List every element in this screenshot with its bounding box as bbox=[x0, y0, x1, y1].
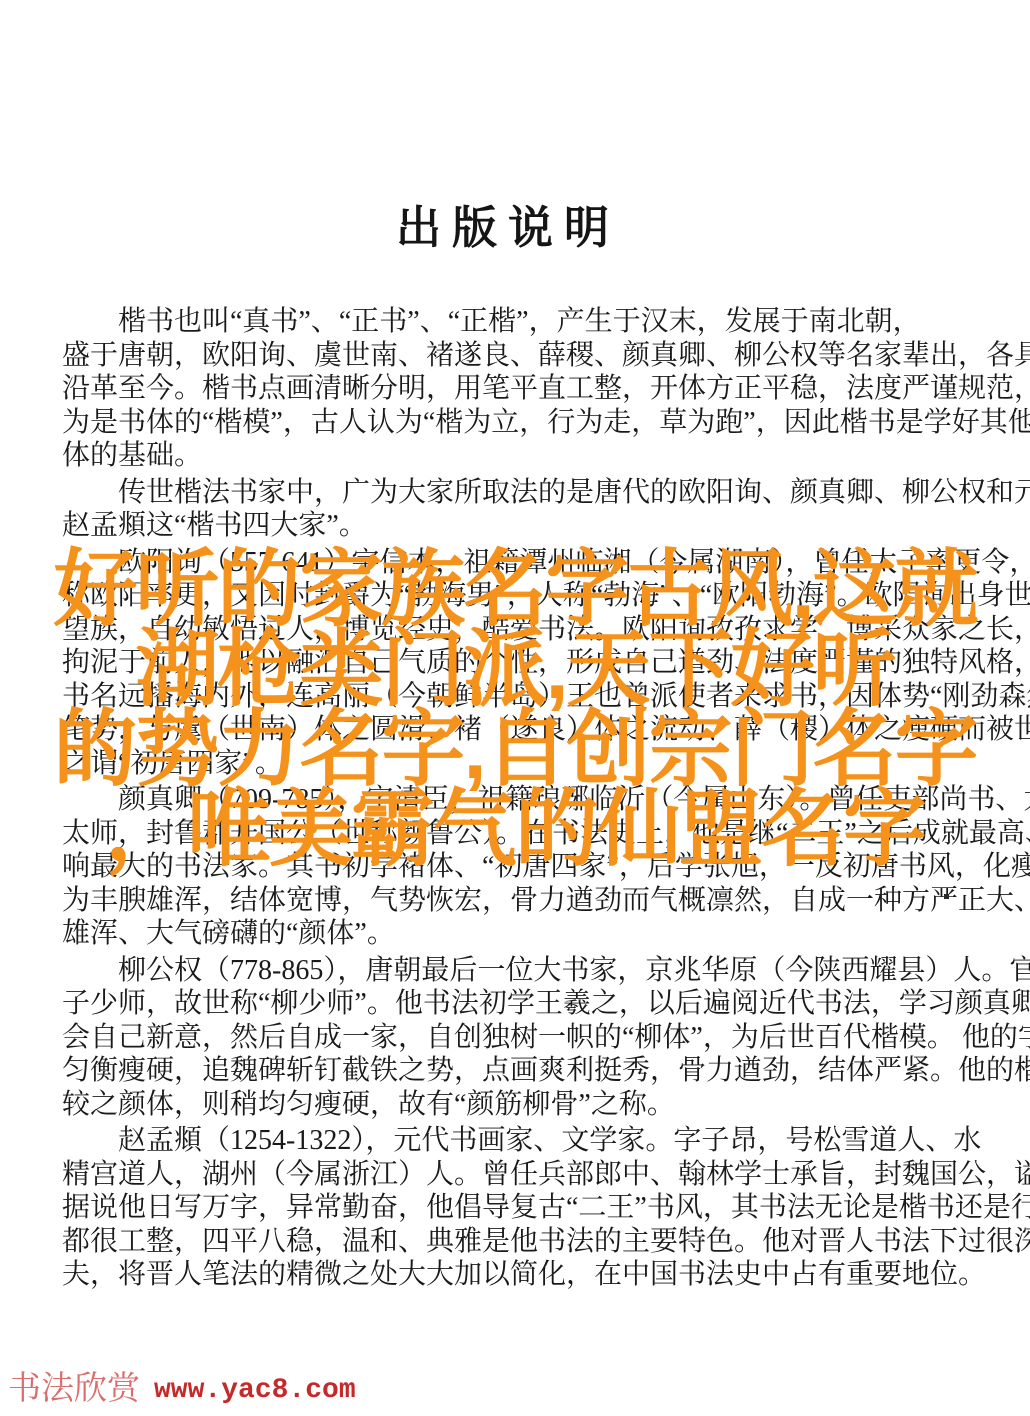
text-line: 赵孟頫（1254-1322），元代书画家、文学家。字子昂，号松雪道人、水 bbox=[62, 1124, 970, 1158]
text-line: 书名远播海内外，连高丽（今朝鲜半岛）王也曾派使者来求书，因体势“刚劲森然”之 bbox=[62, 680, 970, 714]
text-line: 较之颜体，则稍均匀瘦硬，故有“颜筋柳骨”之称。 bbox=[62, 1088, 970, 1122]
text-line: 会自己新意，然后自成一家，自创独树一帜的“柳体”，为后世百代楷模。 他的字取 bbox=[62, 1021, 970, 1055]
paragraph: 赵孟頫（1254-1322），元代书画家、文学家。字子昂，号松雪道人、水精宫道人… bbox=[62, 1124, 970, 1292]
text-line: 拘泥于前人，他以融汇自己气质的个性，形成自己遒劲、法度严谨的独特风格，当时 bbox=[62, 646, 970, 680]
text-line: 笔势，与虞（世南）体之圆滑、褚（遂良）体之流动、薛（稷）体之瘦硬而被世人称 bbox=[62, 713, 970, 747]
paragraph: 传世楷法书家中，广为大家所取法的是唐代的欧阳询、颜真卿、柳公权和元代的赵孟頫这“… bbox=[62, 476, 970, 543]
paragraph: 欧阳询（557-641）字信本，祖籍潭州临湘（今属湖南），曾任太子率更令，故世称… bbox=[62, 546, 970, 781]
text-line: 盛于唐朝，欧阳询、虞世南、褚遂良、薛稷、颜真卿、柳公权等名家辈出，各具风貌， bbox=[62, 339, 970, 373]
text-line: 沿革至今。楷书点画清晰分明，用笔平直工整，开体方正平稳，法度严谨规范，被认 bbox=[62, 372, 970, 406]
page-title: 出版说明 bbox=[0, 191, 1030, 256]
text-line: 雄浑、大气磅礴的“颜体”。 bbox=[62, 917, 970, 951]
text-line: 称欧阳率更，又因时封爵为“勃海男”，人称“勃海”、“欧阳勃海”。欧阳询出身世家 bbox=[62, 579, 970, 613]
text-line: 传世楷法书家中，广为大家所取法的是唐代的欧阳询、颜真卿、柳公权和元代的 bbox=[62, 476, 970, 510]
text-line: 欧阳询（557-641）字信本，祖籍潭州临湘（今属湖南），曾任太子率更令，故世 bbox=[62, 546, 970, 580]
site-watermark: 书法欣赏www.yac8.com bbox=[8, 1362, 356, 1409]
text-line: 柳公权（778-865），唐朝最后一位大书家，京兆华原（今陕西耀县）人。官至太 bbox=[62, 954, 970, 988]
text-line: 体的基础。 bbox=[62, 439, 970, 473]
text-line: 匀衡瘦硬，追魏碑斩钉截铁之势，点画爽利挺秀，骨力遒劲，结体严紧。他的楷书， bbox=[62, 1054, 970, 1088]
text-line: 为丰腴雄浑，结体宽博，气势恢宏，骨力遒劲而气概凛然，自成一种方严正大、朴拙 bbox=[62, 884, 970, 918]
text-line: 都很工整，四平八稳，温和、典雅是他书法的主要特色。他对晋人书法下过很深的工 bbox=[62, 1225, 970, 1259]
text-line: 赵孟頫这“楷书四大家”。 bbox=[62, 509, 970, 543]
site-watermark-url: www.yac8.com bbox=[154, 1375, 356, 1406]
text-line: 望族，自幼敏悟过人，博览经史，酷爱书法。欧阳询孜孜求学，博采众家之长，且不 bbox=[62, 613, 970, 647]
paragraph: 楷书也叫“真书”、“正书”、“正楷”，产生于汉末，发展于南北朝，盛于唐朝，欧阳询… bbox=[62, 305, 970, 473]
text-line: 太师，封鲁郡开国公（世称颜鲁公）。在书法史上，他是继“二王”之后成就最高、影 bbox=[62, 817, 970, 851]
text-line: 楷书也叫“真书”、“正书”、“正楷”，产生于汉末，发展于南北朝， bbox=[62, 305, 970, 339]
text-line: 之谓“初唐四家”。 bbox=[62, 747, 970, 781]
text-line: 颜真卿（709-785），字清臣，祖籍琅琊临沂（今属山东）。曾任吏部尚书、太子 bbox=[62, 783, 970, 817]
site-watermark-name: 书法欣赏 bbox=[8, 1371, 140, 1407]
paragraph: 柳公权（778-865），唐朝最后一位大书家，京兆华原（今陕西耀县）人。官至太子… bbox=[62, 954, 970, 1122]
scanned-document-page: 出版说明 楷书也叫“真书”、“正书”、“正楷”，产生于汉末，发展于南北朝，盛于唐… bbox=[0, 0, 1030, 1416]
text-line: 响最大的书法家。其书初学褚体、“初唐四家”，后学张旭，一反初唐书风，化瘦硬 bbox=[62, 850, 970, 884]
text-line: 为是书体的“楷模”，古人认为“楷为立，行为走，草为跑”，因此楷书是学好其他字 bbox=[62, 406, 970, 440]
text-line: 夫，将晋人笔法的精微之处大大加以简化，在中国书法史中占有重要地位。 bbox=[62, 1258, 970, 1292]
text-line: 据说他日写万字，异常勤奋，他倡导复古“二王”书风，其书法无论是楷书还是行书， bbox=[62, 1191, 970, 1225]
text-line: 子少师，故世称“柳少师”。他书法初学王羲之，以后遍阅近代书法，学习颜真卿，融 bbox=[62, 987, 970, 1021]
scan-speck-artifact bbox=[944, 894, 949, 899]
body-text: 楷书也叫“真书”、“正书”、“正楷”，产生于汉末，发展于南北朝，盛于唐朝，欧阳询… bbox=[62, 305, 970, 1292]
text-line: 精宫道人，湖州（今属浙江）人。曾任兵部郎中、翰林学士承旨，封魏国公，谥文敏。 bbox=[62, 1158, 970, 1192]
paragraph: 颜真卿（709-785），字清臣，祖籍琅琊临沂（今属山东）。曾任吏部尚书、太子太… bbox=[62, 783, 970, 951]
